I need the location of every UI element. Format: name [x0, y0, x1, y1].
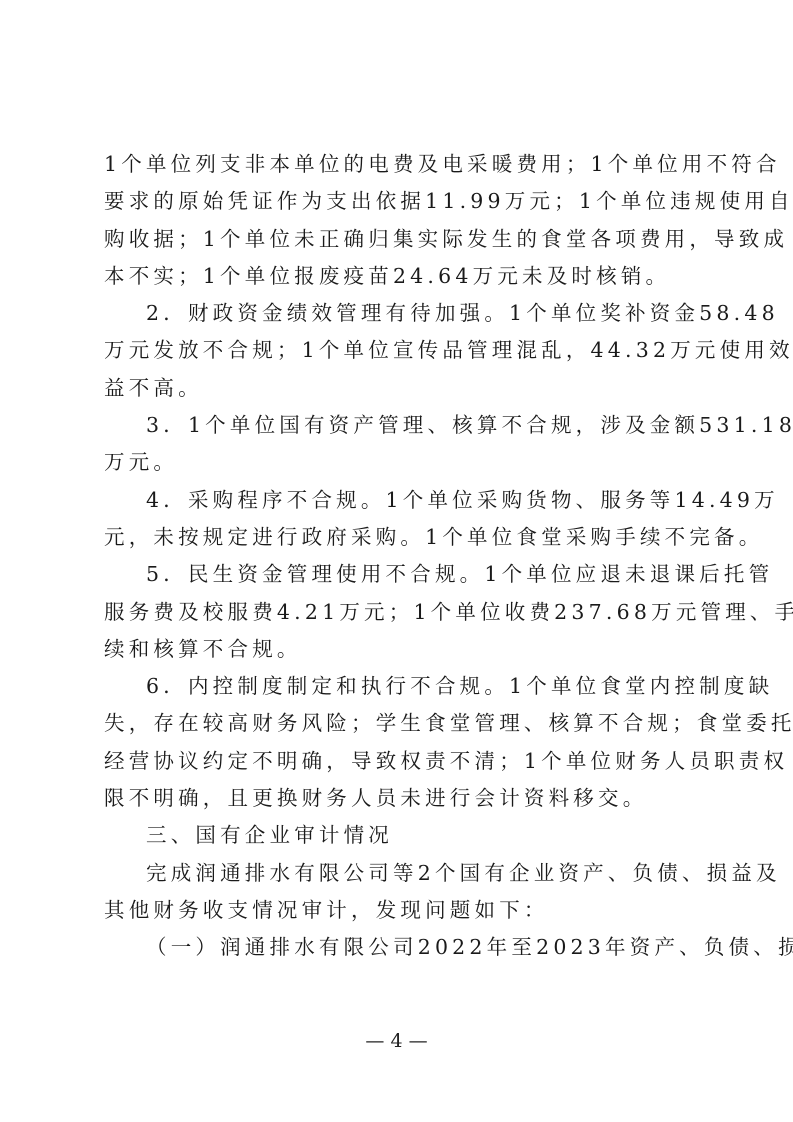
document-body: 1个单位列支非本单位的电费及电采暖费用；1个单位用不符合 要求的原始凭证作为支出…: [104, 146, 692, 967]
text-line: 失，存在较高财务风险；学生食堂管理、核算不合规；食堂委托: [104, 705, 692, 742]
text-line: 购收据；1个单位未正确归集实际发生的食堂各项费用，导致成: [104, 221, 692, 258]
section-3-heading: 三、国有企业审计情况: [104, 817, 692, 854]
text-line: 益不高。: [104, 370, 692, 407]
text-line: 限不明确，且更换财务人员未进行会计资料移交。: [104, 780, 692, 817]
item-6-heading: 6．内控制度制定和执行不合规。1个单位食堂内控制度缺: [104, 668, 692, 705]
text-line: 1个单位列支非本单位的电费及电采暖费用；1个单位用不符合: [104, 146, 692, 183]
item-3-heading: 3．1个单位国有资产管理、核算不合规，涉及金额531.18: [104, 407, 692, 444]
subsection-1-heading: （一）润通排水有限公司2022年至2023年资产、负债、损: [104, 929, 692, 966]
item-4-heading: 4．采购程序不合规。1个单位采购货物、服务等14.49万: [104, 482, 692, 519]
text-line: 要求的原始凭证作为支出依据11.99万元；1个单位违规使用自: [104, 183, 692, 220]
item-2-heading: 2．财政资金绩效管理有待加强。1个单位奖补资金58.48: [104, 295, 692, 332]
text-line: 续和核算不合规。: [104, 631, 692, 668]
text-line: 万元发放不合规；1个单位宣传品管理混乱，44.32万元使用效: [104, 332, 692, 369]
text-line: 本不实；1个单位报废疫苗24.64万元未及时核销。: [104, 258, 692, 295]
text-line: 完成润通排水有限公司等2个国有企业资产、负债、损益及: [104, 855, 692, 892]
page-number: — 4 —: [0, 1030, 793, 1052]
text-line: 元，未按规定进行政府采购。1个单位食堂采购手续不完备。: [104, 519, 692, 556]
item-5-heading: 5．民生资金管理使用不合规。1个单位应退未退课后托管: [104, 556, 692, 593]
text-line: 经营协议约定不明确，导致权责不清；1个单位财务人员职责权: [104, 743, 692, 780]
text-line: 其他财务收支情况审计，发现问题如下：: [104, 892, 692, 929]
text-line: 万元。: [104, 444, 692, 481]
text-line: 服务费及校服费4.21万元；1个单位收费237.68万元管理、手: [104, 594, 692, 631]
